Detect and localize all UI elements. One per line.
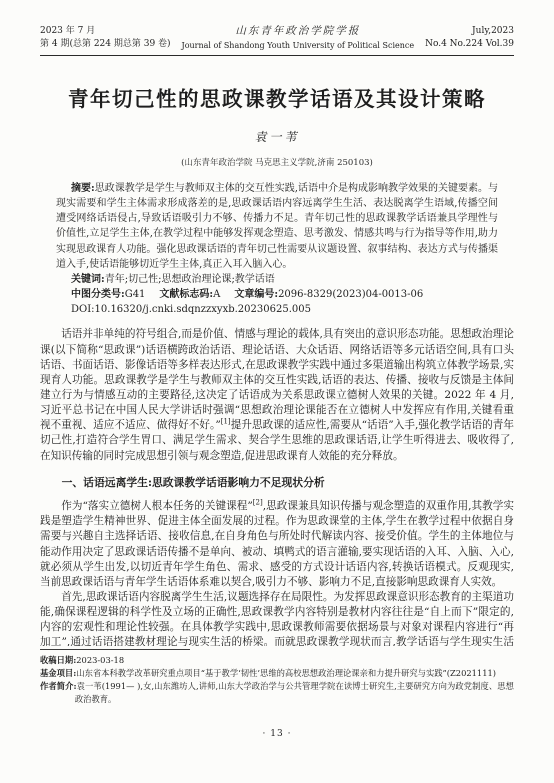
abstract-label: 摘要: bbox=[71, 183, 95, 194]
page-content: 2023 年 7 月 第 4 期(总第 224 期总第 39 卷) 山东青年政治… bbox=[0, 0, 554, 646]
article-no-value: 2096-8329(2023)04-0013-06 bbox=[278, 289, 423, 300]
abstract-paragraph: 摘要:思政课教学是学生与教师双主体的交互性实践,话语中介是构成影响教学效果的关键… bbox=[56, 181, 498, 272]
journal-article-page: 2023 年 7 月 第 4 期(总第 224 期总第 39 卷) 山东青年政治… bbox=[0, 0, 554, 783]
issue-number: 第 4 期(总第 224 期总第 39 卷) bbox=[40, 38, 171, 52]
article-author: 袁一苇 bbox=[40, 128, 514, 145]
article-title: 青年切己性的思政课教学话语及其设计策略 bbox=[40, 82, 514, 112]
header-journal-name: 山东青年政治学院学报 Journal of Shandong Youth Uni… bbox=[181, 24, 414, 52]
paragraph-text: 作为“落实立德树人根本任务的关键课程” bbox=[61, 500, 253, 512]
doc-code-label: 文献标志码: bbox=[159, 289, 213, 300]
section-heading-1: 一、话语远离学生:思政课教学话语影响力不足现状分析 bbox=[40, 475, 514, 490]
paragraph-text: 话语并非单纯的符号组合,而是价值、情感与理论的载体,具有突出的意识形态功能。思想… bbox=[40, 328, 514, 431]
header-issue-info-english: July,2023 No.4 No.224 Vol.39 bbox=[425, 25, 514, 52]
journal-header: 2023 年 7 月 第 4 期(总第 224 期总第 39 卷) 山东青年政治… bbox=[40, 24, 514, 56]
keywords-label: 关键词: bbox=[71, 274, 105, 285]
footnote-divider bbox=[40, 649, 190, 650]
footnote-fund-project: 基金项目:山东省本科教学改革研究重点项目“基于教学‘韧性’思维的高校思想政治理论… bbox=[40, 667, 514, 680]
keywords-text: 青年;切己性;思想政治理论课;教学话语 bbox=[105, 274, 275, 285]
author-bio-value: 袁一苇(1991— ),女,山东潍坊人,讲师,山东大学政治学与公共管理学院在读博… bbox=[75, 681, 514, 704]
journal-name-chinese: 山东青年政治学院学报 bbox=[181, 24, 414, 40]
clc-value: G41 bbox=[125, 289, 146, 300]
footnote-received-date: 收稿日期:2023-03-18 bbox=[40, 654, 514, 667]
body-paragraph-1: 话语并非单纯的符号组合,而是价值、情感与理论的载体,具有突出的意识形态功能。思想… bbox=[40, 327, 514, 463]
citation-ref-1: [1] bbox=[221, 418, 231, 426]
issue-date-english: July,2023 bbox=[425, 25, 514, 39]
issue-number-english: No.4 No.224 Vol.39 bbox=[425, 38, 514, 52]
issue-date: 2023 年 7 月 bbox=[40, 25, 171, 39]
abstract-block: 摘要:思政课教学是学生与教师双主体的交互性实践,话语中介是构成影响教学效果的关键… bbox=[56, 181, 498, 318]
body-paragraph-3: 首先,思政课话语内容脱离学生生活,议题选择存在局限性。为发挥思政课意识形态教育的… bbox=[40, 590, 514, 646]
paragraph-text: ,思政课兼具知识传播与观念塑造的双重作用,其教学实践是塑造学生精神世界、促进主体… bbox=[40, 500, 514, 588]
citation-ref-2: [2] bbox=[253, 499, 263, 507]
clc-label: 中图分类号: bbox=[71, 289, 125, 300]
doc-code-value: A bbox=[213, 289, 220, 300]
article-no-label: 文章编号: bbox=[234, 289, 278, 300]
keywords-line: 关键词:青年;切己性;思想政治理论课;教学话语 bbox=[56, 272, 498, 287]
fund-project-label: 基金项目: bbox=[40, 668, 76, 678]
doi-line: DOI:10.16320/j.cnki.sdqnzzxyxb.20230625.… bbox=[56, 302, 498, 317]
footnote-author-bio: 作者简介:袁一苇(1991— ),女,山东潍坊人,讲师,山东大学政治学与公共管理… bbox=[40, 680, 514, 706]
received-date-value: 2023-03-18 bbox=[76, 655, 124, 665]
journal-name-english: Journal of Shandong Youth University of … bbox=[181, 40, 414, 52]
fund-project-value: 山东省本科教学改革研究重点项目“基于教学‘韧性’思维的高校思想政治理论课亲和力提… bbox=[76, 668, 496, 678]
classification-line: 中图分类号:G41文献标志码:A文章编号:2096-8329(2023)04-0… bbox=[56, 287, 498, 302]
header-issue-info: 2023 年 7 月 第 4 期(总第 224 期总第 39 卷) bbox=[40, 25, 171, 52]
author-bio-label: 作者简介: bbox=[40, 681, 77, 691]
received-date-label: 收稿日期: bbox=[40, 655, 76, 665]
footnote-block: 收稿日期:2023-03-18 基金项目:山东省本科教学改革研究重点项目“基于教… bbox=[40, 649, 514, 705]
abstract-text: 思政课教学是学生与教师双主体的交互性实践,话语中介是构成影响教学效果的关键要素。… bbox=[56, 183, 498, 270]
page-number: · 13 · bbox=[0, 729, 554, 739]
author-affiliation: (山东青年政治学院 马克思主义学院,济南 250103) bbox=[40, 156, 514, 168]
article-body: 话语并非单纯的符号组合,而是价值、情感与理论的载体,具有突出的意识形态功能。思想… bbox=[40, 327, 514, 646]
body-paragraph-2: 作为“落实立德树人根本任务的关键课程”[2],思政课兼具知识传播与观念塑造的双重… bbox=[40, 499, 514, 590]
